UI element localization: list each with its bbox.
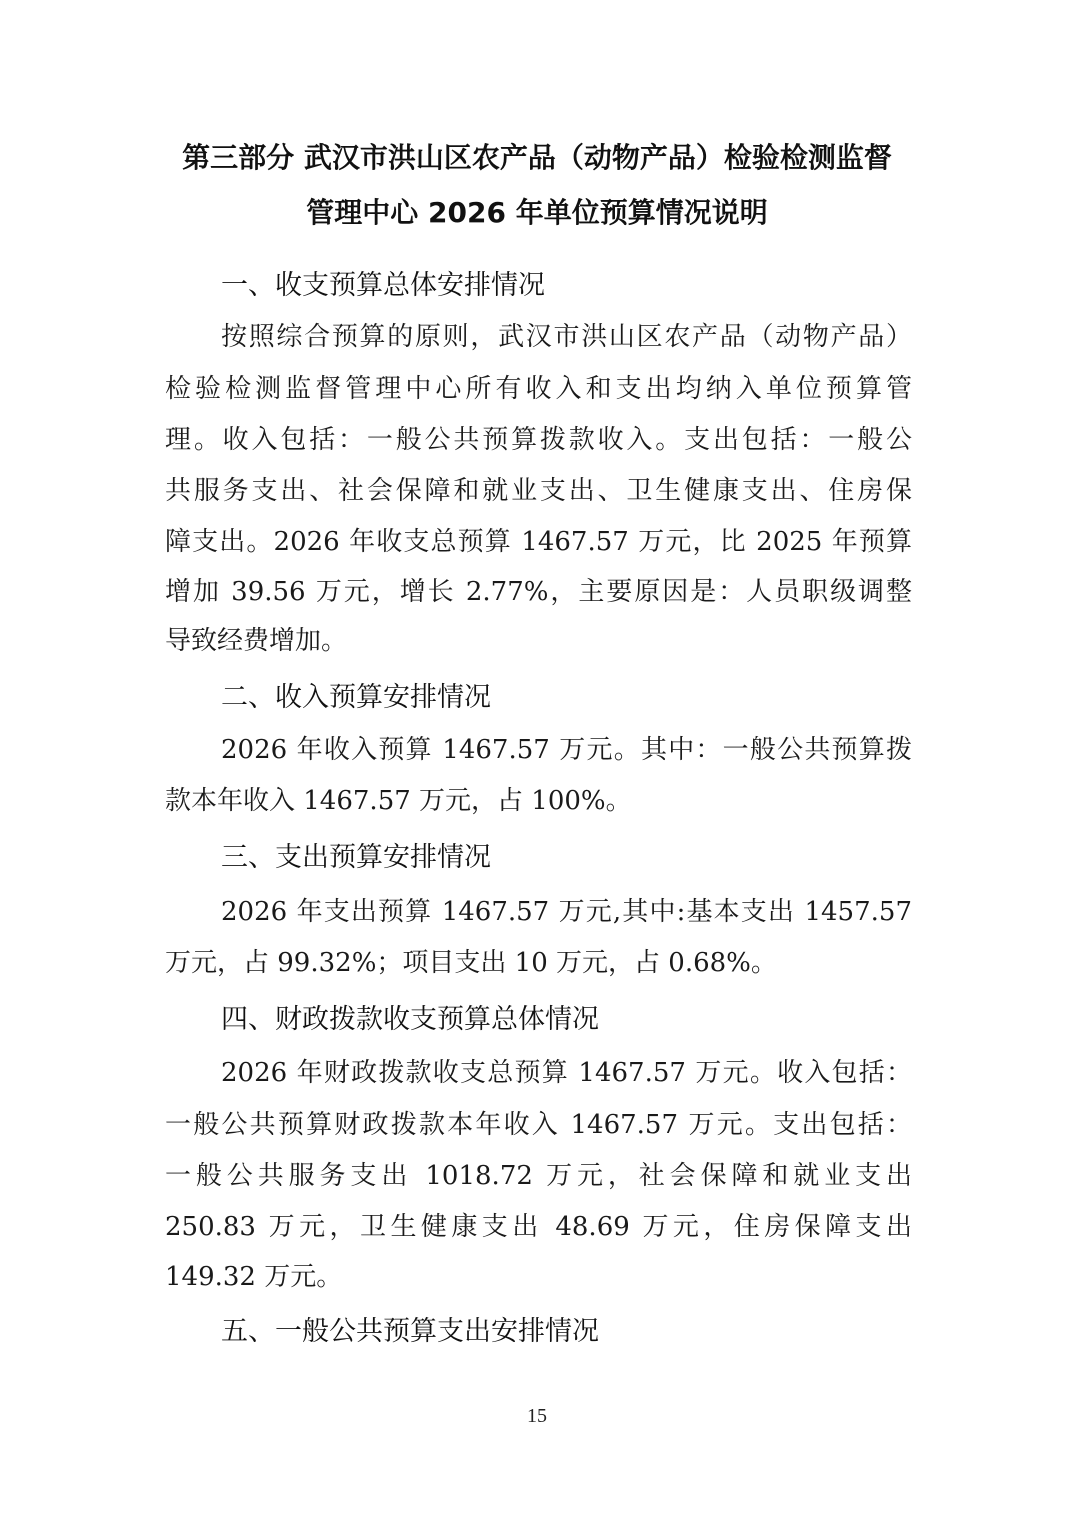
paragraph-line: 检验检测监督管理中心所有收入和支出均纳入单位预算管 [165,369,912,409]
section-heading-1: 一、收支预算总体安排情况 [221,266,545,306]
paragraph-line: 理。收入包括：一般公共预算拨款收入。支出包括：一般公 [165,420,912,460]
paragraph-line: 2026 年支出预算 1467.57 万元,其中:基本支出 1457.57 [221,892,912,932]
paragraph-line: 一般公共服务支出 1018.72 万元，社会保障和就业支出 [165,1156,912,1196]
paragraph-line: 导致经费增加。 [165,621,912,661]
document-page: 第三部分 武汉市洪山区农产品（动物产品）检验检测监督 管理中心 2026 年单位… [0,0,1074,1520]
paragraph-line: 250.83 万元，卫生健康支出 48.69 万元，住房保障支出 [165,1207,912,1247]
paragraph-line: 2026 年财政拨款收支总预算 1467.57 万元。收入包括： [221,1053,912,1093]
paragraph-line: 2026 年收入预算 1467.57 万元。其中：一般公共预算拨 [221,730,912,770]
section-heading-3: 三、支出预算安排情况 [221,838,491,878]
section-heading-5: 五、一般公共预算支出安排情况 [221,1312,599,1352]
paragraph-line: 149.32 万元。 [165,1257,912,1297]
page-number: 15 [0,1405,1074,1428]
document-title-line-1: 第三部分 武汉市洪山区农产品（动物产品）检验检测监督 [0,136,1074,180]
paragraph-line: 款本年收入 1467.57 万元，占 100%。 [165,781,912,821]
paragraph-line: 增加 39.56 万元，增长 2.77%，主要原因是：人员职级调整 [165,572,912,612]
paragraph-line: 共服务支出、社会保障和就业支出、卫生健康支出、住房保 [165,471,912,511]
paragraph-line: 一般公共预算财政拨款本年收入 1467.57 万元。支出包括： [165,1105,912,1145]
section-heading-4: 四、财政拨款收支预算总体情况 [221,1000,599,1040]
paragraph-line: 障支出。2026 年收支总预算 1467.57 万元，比 2025 年预算 [165,522,912,562]
document-title-line-2: 管理中心 2026 年单位预算情况说明 [0,191,1074,235]
paragraph-line: 按照综合预算的原则，武汉市洪山区农产品（动物产品） [221,317,912,357]
paragraph-line: 万元，占 99.32%；项目支出 10 万元，占 0.68%。 [165,943,912,983]
section-heading-2: 二、收入预算安排情况 [221,678,491,718]
